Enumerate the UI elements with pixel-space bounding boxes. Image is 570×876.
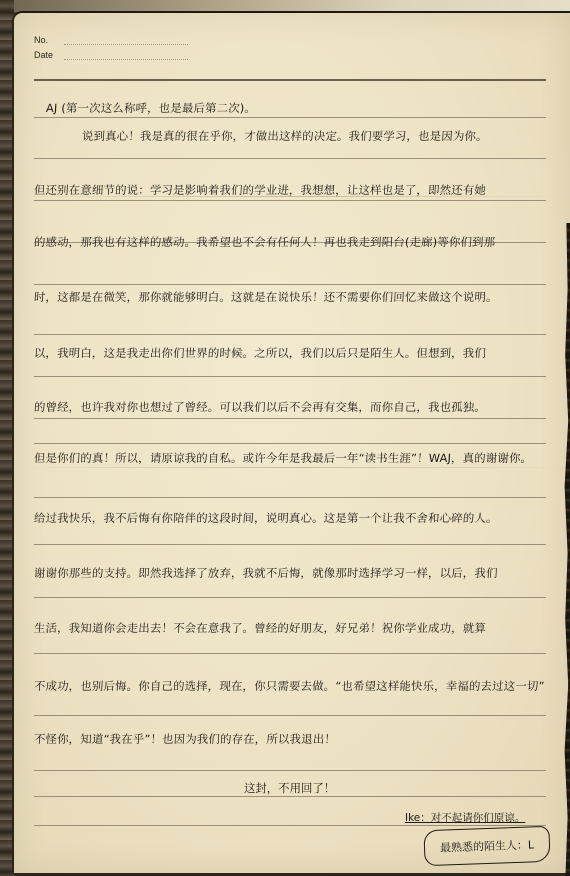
date-label: Date <box>34 48 64 63</box>
ruled-line <box>34 158 546 159</box>
letter-greeting: AJ (第一次这么称呼，也是最后第二次)。 <box>46 100 559 116</box>
ruled-line <box>34 715 546 716</box>
letter-line: 不成功，也别后悔。你自己的选择，现在，你只需要去做。“也希望这样能快乐，幸福的去… <box>34 678 547 694</box>
ruled-line <box>34 284 546 285</box>
torn-edge <box>564 223 570 876</box>
letter-line: 的曾经，也许我对你也想过了曾经。可以我们以后不会再有交集，而你自己，我也孤独。 <box>34 399 547 415</box>
no-line <box>64 44 188 45</box>
date-line <box>64 59 188 60</box>
letter-line: 谢谢你那些的支持。即然我选择了放弃，我就不后悔，就像那时选择学习一样，以后，我们 <box>34 565 547 581</box>
letter-line: 但还别在意细节的说：学习是影响着我们的学业进，我想想，让这样也是了，即然还有她 <box>34 182 547 198</box>
header-rule <box>34 79 546 81</box>
letter-signature: Ike：对不起请你们原谅。 <box>405 810 525 825</box>
ruled-line <box>34 597 546 598</box>
ruled-line <box>34 117 546 118</box>
letter-line: 说到真心！我是真的很在乎你，才做出这样的决定。我们要学习，也是因为你。 <box>34 128 547 144</box>
letter-line: 但是你们的真！所以，请原谅我的自私。或许今年是我最后一年“读书生涯”！WAJ，真… <box>34 450 547 466</box>
ruled-line <box>34 334 546 335</box>
letter-line: 的感动，那我也有这样的感动。我希望也不会有任何人！再也我走到阳台(走廊)等你们到… <box>34 234 547 250</box>
ruled-line <box>34 770 546 771</box>
ruled-line <box>34 443 546 444</box>
letter-line: 以，我明白，这是我走出你们世界的时候。之所以，我们以后只是陌生人。但想到，我们 <box>34 345 547 361</box>
ruled-line <box>34 418 546 419</box>
no-field: No. <box>34 33 188 48</box>
letter-line: 给过我快乐，我不后悔有你陪伴的这段时间，说明真心。这是第一个让我不舍和心碎的人。 <box>34 510 547 526</box>
ruled-line <box>34 653 546 654</box>
ruled-line <box>34 544 546 545</box>
ruled-line <box>34 376 546 377</box>
letter-line: 不怪你，知道“我在乎”！也因为我们的存在，所以我退出！ <box>34 731 547 747</box>
paper-fold <box>14 467 570 468</box>
ruled-line <box>34 497 546 498</box>
letter-line: 生活，我知道你会走出去！不会在意我了。曾经的好朋友，好兄弟！祝你学业成功，就算 <box>34 620 547 636</box>
header-fields: No. Date <box>34 33 188 63</box>
ruled-line <box>34 796 546 797</box>
stamp-text: 最熟悉的陌生人：L <box>440 836 535 855</box>
letter-line: 时，这都是在微笑，那你就能够明白。这就是在说快乐！还不需要你们回忆来做这个说明。 <box>34 289 547 305</box>
ruled-line <box>34 825 546 826</box>
signature-stamp: 最熟悉的陌生人：L <box>423 826 550 866</box>
photo-scene: No. Date AJ (第一次这么称呼，也是最后第二次)。 说到真心！我是真的… <box>0 0 570 876</box>
date-field: Date <box>34 48 188 63</box>
ruled-line <box>34 200 546 201</box>
letter-closing: 这封，不用回了！ <box>244 780 335 796</box>
no-label: No. <box>34 33 64 48</box>
